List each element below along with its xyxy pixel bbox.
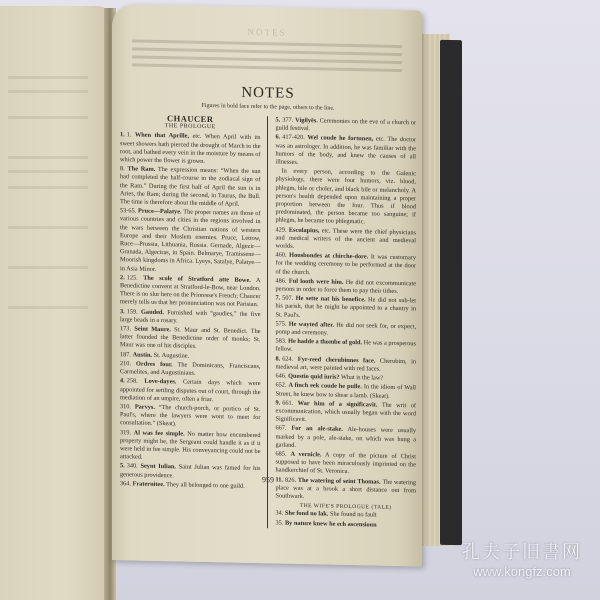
note-entry: 429. Esculapius, etc. These were the chi…	[276, 226, 417, 254]
note-text: In every person, according to the Galeni…	[276, 168, 417, 226]
note-entry: 35. By nature knew he ech ascensioun	[276, 519, 417, 530]
faded-text-line	[8, 186, 88, 189]
line-ref: 826.	[285, 476, 296, 483]
line-ref: 340.	[127, 463, 138, 470]
line-ref: 575.	[276, 320, 287, 327]
line-ref: 583.	[276, 338, 287, 345]
faded-text-line	[8, 306, 88, 309]
note-text: Certain days which were appointed for se…	[120, 379, 261, 403]
line-ref: 507.	[282, 295, 293, 302]
page-ref-number: 11.	[276, 476, 284, 483]
notes-column-right: 5.377. Vigilyës. Ceremonies on the eve o…	[268, 116, 417, 531]
note-lemma: He wayted after.	[289, 321, 334, 329]
book-cover-edge	[440, 40, 462, 545]
page-ref-number: 6.	[276, 134, 281, 141]
line-ref: 319.	[120, 429, 131, 436]
page-ref-number: 7.	[276, 295, 281, 302]
line-ref: 210.	[120, 360, 131, 367]
note-entry: 667. For an ale-stake. Ale-houses were u…	[276, 425, 417, 453]
line-ref: 646.	[276, 373, 287, 380]
line-ref: 34.	[276, 510, 284, 517]
note-lemma: Pruce—Palatye.	[138, 208, 182, 216]
page-ref-number: 8.	[276, 355, 281, 362]
note-text: The proper names are those of various co…	[120, 209, 261, 273]
note-entry: 53-65. Pruce—Palatye. The proper names a…	[120, 207, 261, 276]
page-ref-number: 5.	[276, 116, 281, 123]
faded-text-line	[8, 116, 88, 119]
running-head: NOTES	[124, 24, 410, 40]
note-lemma: Al was fee simple.	[134, 429, 185, 437]
note-entry: 3.159. Gauded. Furnished with “gaudies,”…	[120, 308, 261, 327]
faded-text-line	[8, 156, 88, 159]
note-entry: 583. He hadde a thombe of gold. He was a…	[276, 338, 417, 357]
note-lemma: Fraternitee.	[133, 480, 165, 488]
note-lemma: The Ram.	[128, 166, 156, 174]
line-ref: 429.	[276, 226, 287, 233]
note-lemma: Wel coude he fortunen,	[308, 135, 374, 143]
page-ref-number: 9.	[276, 399, 281, 406]
note-lemma: Housbondes at chirche-dore.	[289, 252, 368, 261]
note-entry: 652. A finch eek coude he pulle. In the …	[276, 382, 417, 401]
note-entry: 460. Housbondes at chirche-dore. It was …	[276, 252, 417, 280]
page-ref-number: 4.	[120, 377, 125, 384]
note-lemma: He sette nat his benefice.	[296, 295, 366, 303]
note-lemma: Austin.	[133, 351, 152, 358]
note-lemma: By nature knew he ech ascensioun	[285, 519, 377, 528]
note-lemma: Esculapius,	[289, 226, 320, 234]
site-watermark: 孔夫子旧書网 www.kongfz.com	[452, 538, 592, 579]
faded-text-line	[8, 226, 88, 229]
line-ref: 125.	[127, 274, 138, 281]
note-entry: In every person, according to the Galeni…	[276, 168, 417, 228]
note-text: She found no fault	[330, 511, 377, 519]
page-ref-number: 2.	[120, 274, 125, 281]
note-entry: 8. The Ram. The expression means: “When …	[120, 165, 261, 209]
note-lemma: Seint Maure.	[134, 326, 171, 334]
line-ref: 35.	[276, 519, 284, 526]
line-ref: 258.	[127, 378, 138, 385]
note-entry: 9.661. War him of a significavit. The wr…	[276, 399, 417, 427]
note-lemma: The watering of seint Thomas.	[298, 476, 381, 485]
line-ref: 187.	[120, 351, 131, 358]
watermark-url: www.kongfz.com	[452, 564, 592, 579]
line-ref: 661.	[282, 399, 293, 406]
note-entry: 6.417-420. Wel coude he fortunen, etc. T…	[276, 134, 417, 170]
line-ref: 159.	[127, 308, 138, 315]
note-entry: 11.826. The watering of seint Thomas. Th…	[276, 476, 417, 504]
subsection-heading: THE PROLOGUE	[120, 121, 261, 132]
faded-text-line	[8, 90, 88, 93]
note-entry: 575. He wayted after. He did not seek fo…	[276, 320, 417, 339]
note-text: St. Augustine.	[154, 352, 190, 360]
line-ref: 417-420.	[282, 134, 305, 141]
note-lemma: Questio quid iuris?	[288, 373, 339, 381]
note-entry: 1.1. When that Aprille, etc. When April …	[120, 132, 261, 168]
note-entry: 7.507. He sette nat his benefice. He did…	[276, 295, 417, 323]
note-entry: 364. Fraternitee. They all belonged to o…	[120, 480, 261, 491]
book-page: NOTES NOTES Figures in bold face refer t…	[112, 4, 422, 566]
note-entry: 2.125. The scole of Stratford atte Bowe.…	[120, 274, 261, 310]
page-number: 959	[262, 475, 274, 484]
page-ref-number: 1.	[120, 132, 125, 139]
line-ref: 667.	[276, 425, 287, 432]
note-lemma: War him of a significavit.	[298, 400, 378, 409]
line-ref: 652.	[276, 382, 287, 389]
line-ref: 486.	[276, 277, 287, 284]
faded-text-line	[8, 76, 88, 79]
note-entry: 210. Ordres four. The Dominicans, Franci…	[120, 360, 261, 379]
note-lemma: Seynt Iulian.	[141, 463, 176, 471]
line-ref: 310.	[120, 403, 131, 410]
note-entry: 5.377. Vigilyës. Ceremonies on the eve o…	[276, 116, 417, 135]
note-lemma: Vigilyës.	[295, 117, 318, 124]
line-ref: 53-65.	[120, 207, 136, 214]
note-entry: 310. Parvys. “The church-porch, or porti…	[120, 403, 261, 431]
note-entry: 8.624. Fyr-reed cherubinnes face. Cherub…	[276, 355, 417, 374]
note-lemma: For an ale-stake.	[291, 425, 342, 433]
note-lemma: When that Aprille,	[135, 132, 189, 140]
note-lemma: A vernicle.	[290, 451, 321, 459]
note-lemma: Fyr-reed cherubinnes face.	[298, 356, 376, 365]
watermark-name: 孔夫子旧書网	[452, 538, 592, 564]
note-lemma: Ordres four.	[136, 360, 173, 368]
page-ref-number: 5.	[120, 462, 125, 469]
note-lemma: Parvys.	[135, 403, 155, 410]
note-text: They all belonged to one guild.	[166, 481, 245, 490]
note-entry: 4.258. Love-dayes. Certain days which we…	[120, 377, 261, 405]
facing-left-page	[0, 6, 112, 600]
line-ref: 173.	[120, 325, 131, 332]
note-entry: 685. A vernicle. A copy of the picture o…	[276, 450, 417, 478]
note-lemma: A finch eek coude he pulle.	[288, 382, 361, 391]
faded-text-line	[8, 170, 88, 173]
note-lemma: He hadde a thombe of gold.	[288, 338, 362, 347]
note-lemma: She fond no lak.	[285, 510, 328, 518]
line-ref: 460.	[276, 252, 287, 259]
note-lemma: Gauded.	[141, 308, 164, 315]
note-lemma: Ful looth were him.	[289, 278, 344, 286]
page-ref-number: 3.	[120, 308, 125, 315]
note-text: What is the law?	[341, 374, 383, 382]
note-entry: 319. Al was fee simple. No matter how en…	[120, 429, 261, 465]
line-ref: 1.	[127, 132, 132, 139]
notes-column-left: CHAUCER THE PROLOGUE 1.1. When that Apri…	[120, 113, 268, 528]
faded-text-line	[8, 266, 88, 269]
line-ref: 8.	[120, 165, 125, 172]
note-entry: 5.340. Seynt Iulian. Saint Julian was fa…	[120, 462, 261, 481]
line-ref: 377.	[282, 117, 293, 124]
line-ref: 364.	[120, 480, 131, 487]
note-entry: 486. Ful looth were him. He did not exco…	[276, 277, 417, 296]
line-ref: 685.	[276, 450, 287, 457]
line-ref: 624.	[282, 355, 293, 362]
page-content: NOTES Figures in bold face refer to the …	[120, 82, 416, 531]
note-lemma: Love-dayes.	[144, 378, 176, 386]
note-entry: 173. Seint Maure. St. Maur and St. Bened…	[120, 325, 261, 353]
